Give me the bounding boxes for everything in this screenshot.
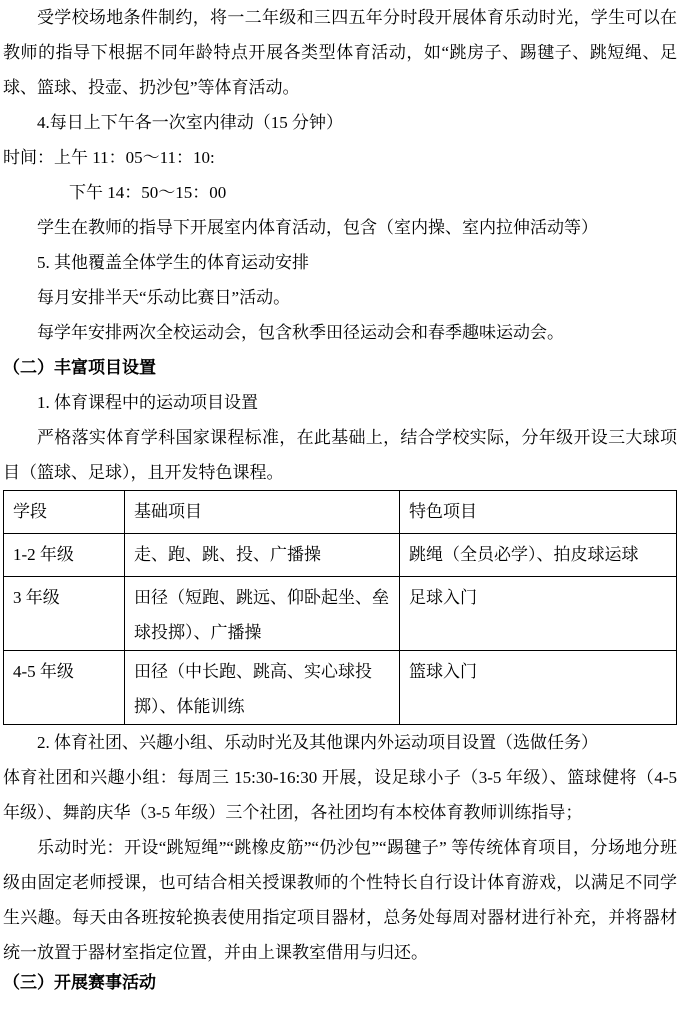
paragraph-annual-sports-meets: 每学年安排两次全校运动会，包含秋季田径运动会和春季趣味运动会。 <box>3 315 677 350</box>
paragraph-site-constraints: 受学校场地条件制约，将一二年级和三四五年分时段开展体育乐动时光，学生可以在教师的… <box>3 0 677 105</box>
document-page: 受学校场地条件制约，将一二年级和三四五年分时段开展体育乐动时光，学生可以在教师的… <box>0 0 680 995</box>
table-header-cell-basic-projects: 基础项目 <box>125 491 400 534</box>
table-cell-grade: 3 年级 <box>4 577 125 651</box>
paragraph-curriculum-standards: 严格落实体育学科国家课程标准，在此基础上，结合学校实际，分年级开设三大球项目（篮… <box>3 420 677 490</box>
list-item-5-other-arrangements: 5. 其他覆盖全体学生的体育运动安排 <box>3 245 677 280</box>
table-header-cell-grade: 学段 <box>4 491 125 534</box>
paragraph-monthly-match-day: 每月安排半天“乐动比赛日”活动。 <box>3 280 677 315</box>
table-cell-special: 篮球入门 <box>400 651 677 725</box>
table-cell-basic: 田径（中长跑、跳高、实心球投掷）、体能训练 <box>125 651 400 725</box>
paragraph-fun-sports-time: 乐动时光：开设“跳短绳”“跳橡皮筋”“仍沙包”“踢毽子” 等传统体育项目，分场地… <box>3 830 677 970</box>
paragraph-indoor-activities: 学生在教师的指导下开展室内体育活动，包含（室内操、室内拉伸活动等） <box>3 210 677 245</box>
table-row-grade-4-5: 4-5 年级 田径（中长跑、跳高、实心球投掷）、体能训练 篮球入门 <box>4 651 677 725</box>
table-cell-grade: 1-2 年级 <box>4 534 125 577</box>
table-cell-basic: 田径（短跑、跳远、仰卧起坐、垒球投掷）、广播操 <box>125 577 400 651</box>
table-header-cell-special-projects: 特色项目 <box>400 491 677 534</box>
table-cell-special: 跳绳（全员必学）、拍皮球运球 <box>400 534 677 577</box>
time-line-am: 时间：上午 11：05～11：10: <box>3 140 677 175</box>
table-cell-special: 足球入门 <box>400 577 677 651</box>
list-item-2-clubs-and-groups: 2. 体育社团、兴趣小组、乐动时光及其他课内外运动项目设置（选做任务） <box>3 725 677 760</box>
table-cell-grade: 4-5 年级 <box>4 651 125 725</box>
list-item-1-curriculum-projects: 1. 体育课程中的运动项目设置 <box>3 385 677 420</box>
table-header-row: 学段 基础项目 特色项目 <box>4 491 677 534</box>
table-row-grade-3: 3 年级 田径（短跑、跳远、仰卧起坐、垒球投掷）、广播操 足球入门 <box>4 577 677 651</box>
time-line-pm: 下午 14：50～15：00 <box>3 175 677 210</box>
list-item-4-indoor-rhythm: 4.每日上下午各一次室内律动（15 分钟） <box>3 105 677 140</box>
section-heading-2-enrich-projects: （二）丰富项目设置 <box>3 350 677 385</box>
table-cell-basic: 走、跑、跳、投、广播操 <box>125 534 400 577</box>
projects-table: 学段 基础项目 特色项目 1-2 年级 走、跑、跳、投、广播操 跳绳（全员必学）… <box>3 490 677 725</box>
table-row-grade-1-2: 1-2 年级 走、跑、跳、投、广播操 跳绳（全员必学）、拍皮球运球 <box>4 534 677 577</box>
section-heading-3-competitions: （三）开展赛事活动 <box>3 970 677 995</box>
paragraph-sports-clubs: 体育社团和兴趣小组：每周三 15:30-16:30 开展，设足球小子（3-5 年… <box>3 760 677 830</box>
